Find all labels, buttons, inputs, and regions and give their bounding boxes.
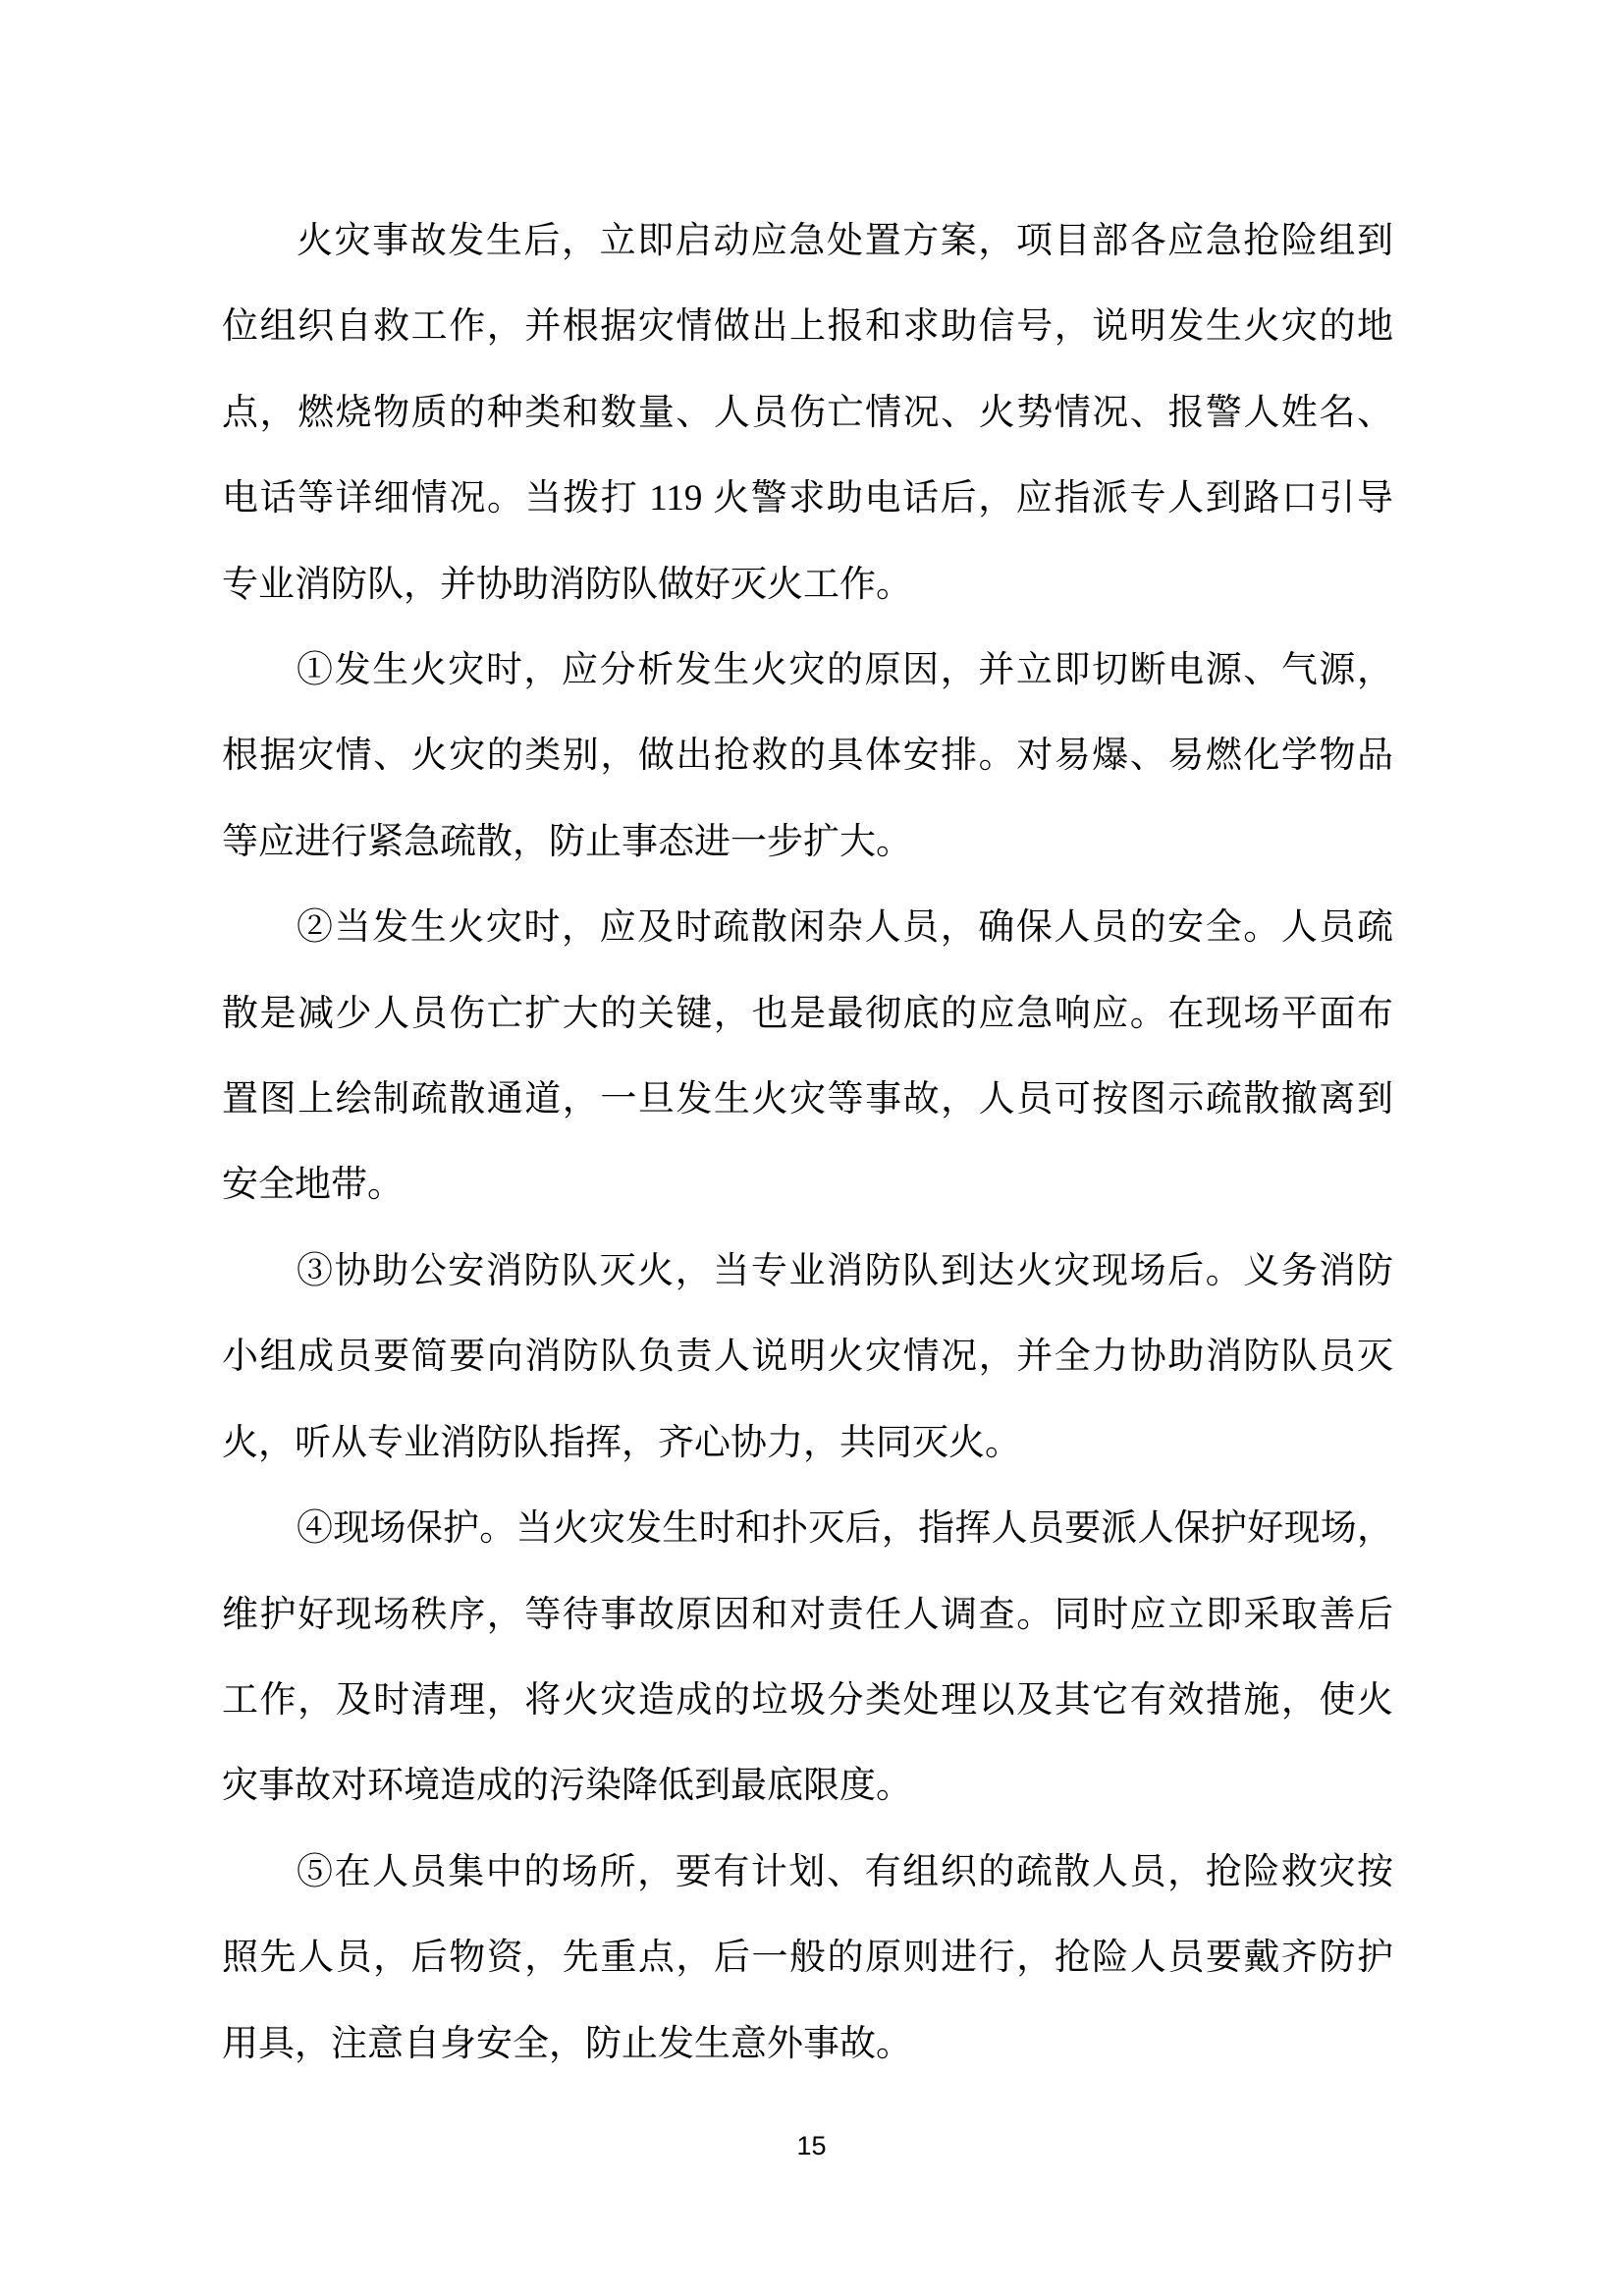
text-line: 小组成员要简要向消防队负责人说明火灾情况，并全力协助消防队员灭 (222, 1314, 1393, 1399)
text-line: 根据灾情、火灾的类别，做出抢救的具体安排。对易爆、易燃化学物品 (222, 713, 1393, 798)
text-line: 安全地带。 (222, 1142, 1393, 1228)
text-line: ①发生火灾时，应分析发生火灾的原因，并立即切断电源、气源， (222, 628, 1393, 713)
document-body: 火灾事故发生后，立即启动应急处置方案，项目部各应急抢险组到位组织自救工作，并根据… (222, 198, 1393, 2087)
text-line: 照先人员，后物资，先重点，后一般的原则进行，抢险人员要戴齐防护 (222, 1915, 1393, 2000)
text-line: 火，听从专业消防队指挥，齐心协力，共同灭火。 (222, 1400, 1393, 1486)
text-line: 专业消防队，并协助消防队做好灭火工作。 (222, 542, 1393, 628)
text-line: 等应进行紧急疏散，防止事态进一步扩大。 (222, 799, 1393, 885)
document-page: 火灾事故发生后，立即启动应急处置方案，项目部各应急抢险组到位组织自救工作，并根据… (0, 0, 1623, 2296)
text-line: 火灾事故发生后，立即启动应急处置方案，项目部各应急抢险组到 (222, 198, 1393, 284)
text-line: 点，燃烧物质的种类和数量、人员伤亡情况、火势情况、报警人姓名、 (222, 370, 1393, 456)
text-line: ⑤在人员集中的场所，要有计划、有组织的疏散人员，抢险救灾按 (222, 1830, 1393, 1915)
page-number: 15 (0, 2131, 1623, 2161)
text-line: ②当发生火灾时，应及时疏散闲杂人员，确保人员的安全。人员疏 (222, 885, 1393, 970)
text-line: 位组织自救工作，并根据灾情做出上报和求助信号，说明发生火灾的地 (222, 284, 1393, 369)
text-line: 电话等详细情况。当拨打 119 火警求助电话后，应指派专人到路口引导 (222, 456, 1393, 541)
text-line: 散是减少人员伤亡扩大的关键，也是最彻底的应急响应。在现场平面布 (222, 971, 1393, 1057)
text-line: 灾事故对环境造成的污染降低到最底限度。 (222, 1743, 1393, 1829)
text-line: ④现场保护。当火灾发生时和扑灭后，指挥人员要派人保护好现场， (222, 1486, 1393, 1571)
text-line: 置图上绘制疏散通道，一旦发生火灾等事故，人员可按图示疏散撤离到 (222, 1057, 1393, 1142)
text-line: 用具，注意自身安全，防止发生意外事故。 (222, 2001, 1393, 2087)
text-line: ③协助公安消防队灭火，当专业消防队到达火灾现场后。义务消防 (222, 1229, 1393, 1314)
text-line: 工作，及时清理，将火灾造成的垃圾分类处理以及其它有效措施，使火 (222, 1658, 1393, 1743)
text-line: 维护好现场秩序，等待事故原因和对责任人调查。同时应立即采取善后 (222, 1572, 1393, 1658)
